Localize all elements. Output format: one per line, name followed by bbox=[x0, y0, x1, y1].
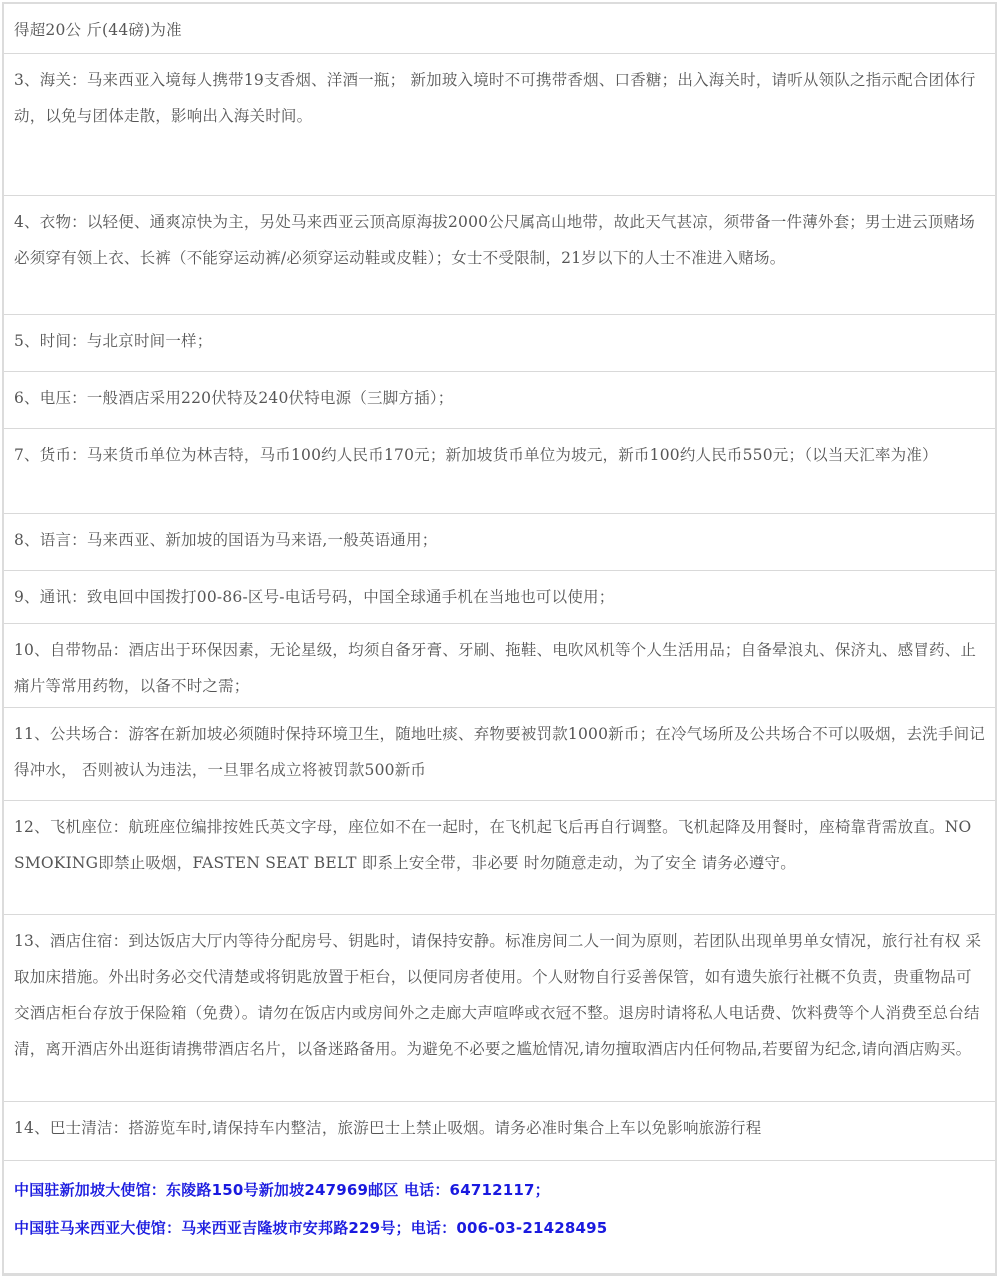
row-personal-items: 10、自带物品：酒店出于环保因素，无论星级，均须自备牙膏、牙刷、拖鞋、电吹风机等… bbox=[4, 624, 995, 708]
bus-cleanliness-text: 14、巴士清洁：搭游览车时,请保持车内整洁，旅游巴士上禁止吸烟。请务必准时集合上… bbox=[14, 1110, 985, 1146]
clothing-text: 4、衣物：以轻便、通爽凉快为主，另处马来西亚云顶高原海拔2000公尺属高山地带，… bbox=[14, 204, 985, 276]
customs-text: 3、海关：马来西亚入境每人携带19支香烟、洋酒一瓶； 新加玻入境时不可携带香烟、… bbox=[14, 62, 985, 134]
language-text: 8、语言：马来西亚、新加坡的国语为马来语,一般英语通用； bbox=[14, 522, 985, 558]
row-bus-cleanliness: 14、巴士清洁：搭游览车时,请保持车内整洁，旅游巴士上禁止吸烟。请务必准时集合上… bbox=[4, 1102, 995, 1161]
row-customs: 3、海关：马来西亚入境每人携带19支香烟、洋酒一瓶； 新加玻入境时不可携带香烟、… bbox=[4, 54, 995, 196]
embassy-singapore-text: 中国驻新加坡大使馆：东陵路150号新加坡247969邮区 电话：64712117… bbox=[14, 1171, 985, 1209]
currency-text: 7、货币：马来货币单位为林吉特，马币100约人民币170元；新加坡货币单位为坡元… bbox=[14, 437, 985, 473]
row-clothing: 4、衣物：以轻便、通爽凉快为主，另处马来西亚云顶高原海拔2000公尺属高山地带，… bbox=[4, 196, 995, 315]
voltage-text: 6、电压：一般酒店采用220伏特及240伏特电源（三脚方插）； bbox=[14, 380, 985, 416]
row-public-places: 11、公共场合：游客在新加坡必须随时保持环境卫生，随地吐痰、弃物要被罚款1000… bbox=[4, 708, 995, 801]
time-text: 5、时间：与北京时间一样； bbox=[14, 323, 985, 359]
weight-limit-text: 得超20公 斤(44磅)为准 bbox=[14, 12, 985, 48]
row-language: 8、语言：马来西亚、新加坡的国语为马来语,一般英语通用； bbox=[4, 514, 995, 571]
row-airplane-seats: 12、飞机座位：航班座位编排按姓氏英文字母，座位如不在一起时，在飞机起飞后再自行… bbox=[4, 801, 995, 915]
embassy-malaysia-text: 中国驻马来西亚大使馆：马来西亚吉隆坡市安邦路229号；电话：006-03-214… bbox=[14, 1209, 985, 1247]
airplane-seats-text: 12、飞机座位：航班座位编排按姓氏英文字母，座位如不在一起时，在飞机起飞后再自行… bbox=[14, 809, 985, 881]
row-hotel-stay: 13、酒店住宿：到达饭店大厅内等待分配房号、钥匙时，请保持安静。标准房间二人一间… bbox=[4, 915, 995, 1102]
row-weight-limit: 得超20公 斤(44磅)为准 bbox=[4, 4, 995, 54]
personal-items-text: 10、自带物品：酒店出于环保因素，无论星级，均须自备牙膏、牙刷、拖鞋、电吹风机等… bbox=[14, 632, 985, 704]
row-embassies: 中国驻新加坡大使馆：东陵路150号新加坡247969邮区 电话：64712117… bbox=[4, 1161, 995, 1273]
row-voltage: 6、电压：一般酒店采用220伏特及240伏特电源（三脚方插）； bbox=[4, 372, 995, 429]
travel-notes-table: 得超20公 斤(44磅)为准 3、海关：马来西亚入境每人携带19支香烟、洋酒一瓶… bbox=[2, 2, 997, 1276]
row-currency: 7、货币：马来货币单位为林吉特，马币100约人民币170元；新加坡货币单位为坡元… bbox=[4, 429, 995, 514]
row-time: 5、时间：与北京时间一样； bbox=[4, 315, 995, 372]
public-places-text: 11、公共场合：游客在新加坡必须随时保持环境卫生，随地吐痰、弃物要被罚款1000… bbox=[14, 716, 985, 788]
hotel-stay-text: 13、酒店住宿：到达饭店大厅内等待分配房号、钥匙时，请保持安静。标准房间二人一间… bbox=[14, 923, 985, 1067]
communication-text: 9、通讯：致电回中国拨打00-86-区号-电话号码，中国全球通手机在当地也可以使… bbox=[14, 579, 985, 615]
row-communication: 9、通讯：致电回中国拨打00-86-区号-电话号码，中国全球通手机在当地也可以使… bbox=[4, 571, 995, 624]
